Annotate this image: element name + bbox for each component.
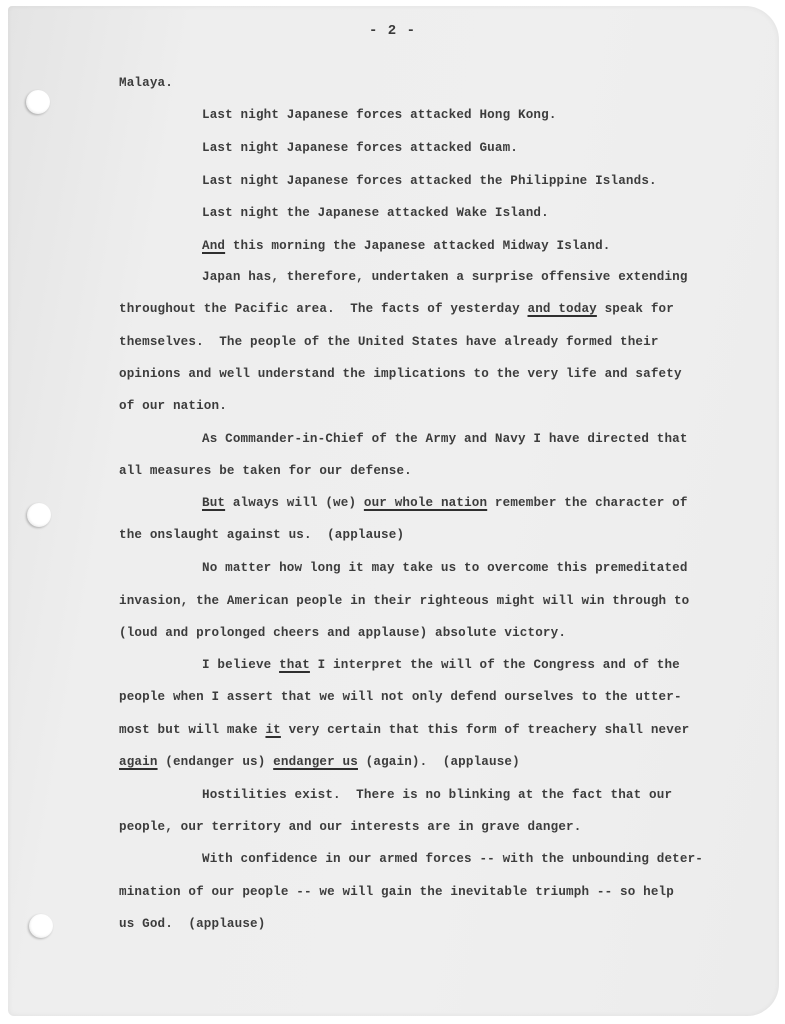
text-segment: Last night Japanese forces attacked the … <box>202 174 657 188</box>
text-line: opinions and well understand the implica… <box>119 367 682 381</box>
text-line: Last night the Japanese attacked Wake Is… <box>202 206 549 220</box>
text-segment: throughout the Pacific area. The facts o… <box>119 302 528 316</box>
text-line: As Commander-in-Chief of the Army and Na… <box>202 432 688 446</box>
underlined-text: it <box>265 723 280 737</box>
text-line: people, our territory and our interests … <box>119 820 581 834</box>
text-segment: No matter how long it may take us to ove… <box>202 561 688 575</box>
text-segment: people, our territory and our interests … <box>119 820 581 834</box>
underlined-text: our whole nation <box>364 496 487 510</box>
text-line: No matter how long it may take us to ove… <box>202 561 688 575</box>
text-line: mination of our people -- we will gain t… <box>119 885 674 899</box>
text-line: invasion, the American people in their r… <box>119 594 689 608</box>
text-line: of our nation. <box>119 399 227 413</box>
text-segment: Malaya. <box>119 76 173 90</box>
text-line: Japan has, therefore, undertaken a surpr… <box>202 270 688 284</box>
text-segment: (endanger us) <box>158 755 274 769</box>
text-line: (loud and prolonged cheers and applause)… <box>119 626 566 640</box>
binder-hole <box>26 90 50 114</box>
text-segment: I believe <box>202 658 279 672</box>
text-segment: us God. (applause) <box>119 917 265 931</box>
text-segment: all measures be taken for our defense. <box>119 464 412 478</box>
text-line: Hostilities exist. There is no blinking … <box>202 788 672 802</box>
text-line: Last night Japanese forces attacked Hong… <box>202 108 557 122</box>
text-segment: most but will make <box>119 723 265 737</box>
text-segment: (again). (applause) <box>358 755 520 769</box>
text-line: again (endanger us) endanger us (again).… <box>119 755 520 769</box>
text-segment: of our nation. <box>119 399 227 413</box>
text-segment: With confidence in our armed forces -- w… <box>202 852 703 866</box>
text-line: But always will (we) our whole nation re… <box>202 496 688 510</box>
text-segment: I interpret the will of the Congress and… <box>310 658 680 672</box>
text-line: the onslaught against us. (applause) <box>119 528 404 542</box>
text-segment: As Commander-in-Chief of the Army and Na… <box>202 432 688 446</box>
text-line: Malaya. <box>119 76 173 90</box>
underlined-text: and today <box>528 302 597 316</box>
text-line: I believe that I interpret the will of t… <box>202 658 680 672</box>
text-segment: very certain that this form of treachery… <box>281 723 690 737</box>
text-segment: people when I assert that we will not on… <box>119 690 682 704</box>
underlined-text: But <box>202 496 225 510</box>
text-segment: opinions and well understand the implica… <box>119 367 682 381</box>
text-segment: themselves. The people of the United Sta… <box>119 335 659 349</box>
text-segment: Last night Japanese forces attacked Hong… <box>202 108 557 122</box>
binder-hole <box>27 503 51 527</box>
text-line: themselves. The people of the United Sta… <box>119 335 659 349</box>
underlined-text: And <box>202 239 225 253</box>
page-number: - 2 - <box>0 23 785 39</box>
text-segment: remember the character of <box>487 496 687 510</box>
text-segment: Japan has, therefore, undertaken a surpr… <box>202 270 688 284</box>
text-segment: Last night the Japanese attacked Wake Is… <box>202 206 549 220</box>
binder-hole <box>29 914 53 938</box>
text-segment: always will (we) <box>225 496 364 510</box>
text-line: With confidence in our armed forces -- w… <box>202 852 703 866</box>
text-segment: Last night Japanese forces attacked Guam… <box>202 141 518 155</box>
text-line: Last night Japanese forces attacked Guam… <box>202 141 518 155</box>
underlined-text: that <box>279 658 310 672</box>
text-line: us God. (applause) <box>119 917 265 931</box>
text-segment: mination of our people -- we will gain t… <box>119 885 674 899</box>
text-segment: Hostilities exist. There is no blinking … <box>202 788 672 802</box>
text-segment: invasion, the American people in their r… <box>119 594 689 608</box>
text-segment: (loud and prolonged cheers and applause)… <box>119 626 566 640</box>
text-segment: this morning the Japanese attacked Midwa… <box>225 239 610 253</box>
text-line: Last night Japanese forces attacked the … <box>202 174 657 188</box>
text-line: most but will make it very certain that … <box>119 723 689 737</box>
text-line: And this morning the Japanese attacked M… <box>202 239 611 253</box>
underlined-text: endanger us <box>273 755 358 769</box>
text-line: throughout the Pacific area. The facts o… <box>119 302 674 316</box>
text-line: all measures be taken for our defense. <box>119 464 412 478</box>
text-segment: the onslaught against us. (applause) <box>119 528 404 542</box>
underlined-text: again <box>119 755 158 769</box>
text-line: people when I assert that we will not on… <box>119 690 682 704</box>
text-segment: speak for <box>597 302 674 316</box>
